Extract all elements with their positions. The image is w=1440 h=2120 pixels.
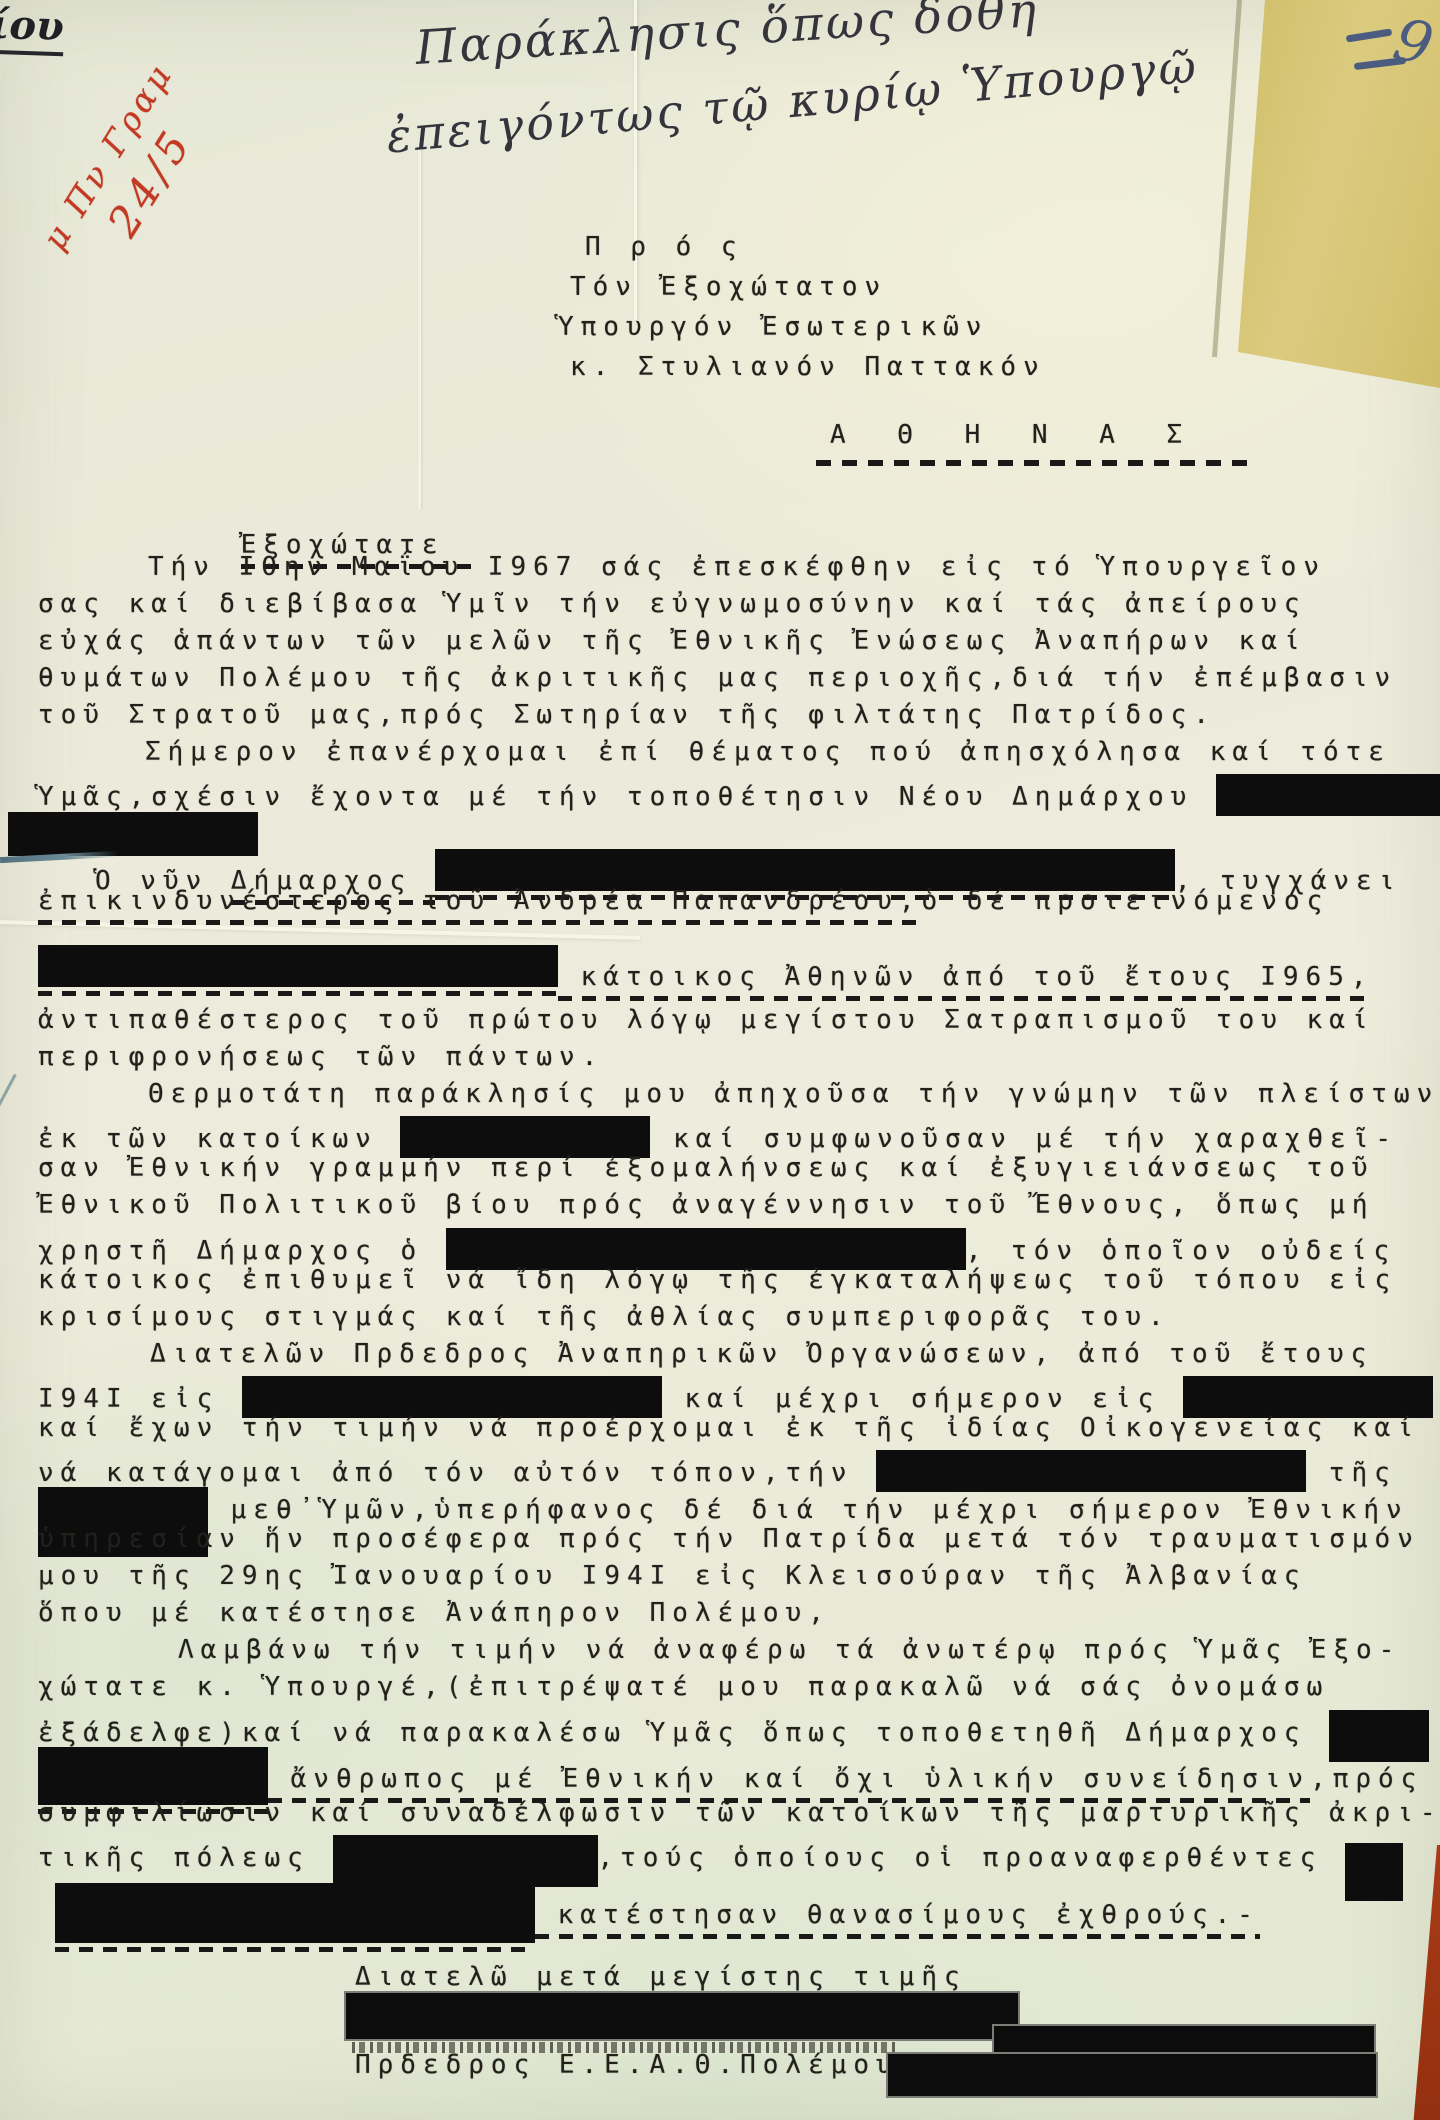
- typed-text: περιφρονήσεως τῶν πάντων.: [38, 1042, 604, 1072]
- typed-text: Ι94Ι εἰς: [38, 1384, 242, 1414]
- typed-line: σας καί διεβίβασα Ὑμῖν τήν εὐγνωμοσύνην …: [38, 589, 1307, 620]
- typed-line: Ι94Ι εἰς καί μέχρι σήμερον εἰς: [38, 1376, 1433, 1418]
- partially-covered-signature-text: [352, 2042, 897, 2053]
- typed-line: κρισίμους στιγμάς καί τῆς ἀθλίας συμπερι…: [38, 1302, 1171, 1333]
- typed-line: καί ἔχων τήν τιμήν νά προέρχομαι ἐκ τῆς …: [38, 1413, 1420, 1444]
- typed-text: τῆς: [1306, 1458, 1397, 1488]
- signature-redaction-box: [886, 2052, 1378, 2098]
- typed-text: κρισίμους στιγμάς καί τῆς ἀθλίας συμπερι…: [38, 1302, 1171, 1332]
- blue-pencil-tick: [0, 1074, 17, 1112]
- yellow-note-edge-shadow: [1212, 0, 1242, 357]
- typed-text: χρηστῆ Δήμαρχος ὁ: [38, 1236, 446, 1266]
- typed-line: συμφιλίωσιν καί συναδέλφωσιν τῶν κατοίκω…: [38, 1798, 1440, 1829]
- typed-line: ὑπηρεσίαν ἥν προσέφερα πρός τήν Πατρίδα …: [38, 1524, 1420, 1555]
- typed-text: χώτατε κ. Ὑπουργέ,(ἐπιτρέψατέ μου παρακα…: [38, 1672, 1329, 1702]
- redaction-bar: [1183, 1376, 1433, 1418]
- typed-line: Τήν Ι0ην Μαΐου Ι967 σάς ἐπεσκέφθην εἰς τ…: [148, 552, 1326, 583]
- typed-text: συμφιλίωσιν καί συναδέλφωσιν τῶν κατοίκω…: [38, 1798, 1440, 1828]
- typed-text: Διατελῶν Πρδεδρος Ἀναπηρικῶν Ὀργανώσεων,…: [150, 1339, 1373, 1369]
- typed-line: Ὑμᾶς,σχέσιν ἔχοντα μέ τήν τοποθέτησιν Νέ…: [38, 774, 1440, 816]
- city-line: Α Θ Η Ν Α Σ: [830, 420, 1200, 450]
- redaction-bar: [242, 1376, 662, 1418]
- typed-text: Τήν Ι0ην Μαΐου Ι967 σάς ἐπεσκέφθην εἰς τ…: [148, 552, 1326, 582]
- typed-text: σαν Ἐθνικήν γραμμήν περί ἐξομαλήνσεως κα…: [38, 1153, 1375, 1183]
- typed-line: ὅπου μέ κατέστησε Ἀνάπηρον Πολέμου,: [38, 1598, 831, 1629]
- typed-line: περιφρονήσεως τῶν πάντων.: [38, 1042, 604, 1073]
- typed-text: καί συμφωνοῦσαν μέ τήν χαραχθεῖ-: [650, 1124, 1398, 1154]
- typed-line: κατέστησαν θανασίμους ἐχθρούς.-: [55, 1883, 1260, 1952]
- typed-text: ὅπου μέ κατέστησε Ἀνάπηρον Πολέμου,: [38, 1598, 831, 1628]
- redaction-bar: [55, 1883, 535, 1952]
- typed-text: καί ἔχων τήν τιμήν νά προέρχομαι ἐκ τῆς …: [38, 1413, 1420, 1443]
- paper-crease-address: [418, 140, 421, 510]
- typed-text: Ὑμᾶς,σχέσιν ἔχοντα μέ τήν τοποθέτησιν Νέ…: [38, 782, 1216, 812]
- typed-line: τοῦ Στρατοῦ μας,πρός Σωτηρίαν τῆς φιλτάτ…: [38, 700, 1216, 731]
- redaction-bar: [38, 945, 558, 996]
- typed-text: Ἐθνικοῦ Πολιτικοῦ βίου πρός ἀναγέννησιν …: [38, 1190, 1375, 1220]
- typed-text: ,πρός: [1310, 1764, 1423, 1794]
- typed-line: ἐπικινδυνέστερος τοῦ Ἀνδρέα Παπανδρέου,ὁ…: [38, 886, 1329, 917]
- typed-line: κάτοικος Ἀθηνῶν ἀπό τοῦ ἔτους Ι965,: [38, 945, 1374, 996]
- typed-line: εὐχάς ἁπάντων τῶν μελῶν τῆς Ἐθνικῆς Ἐνώσ…: [38, 626, 1307, 657]
- typed-line: κάτοικος ἐπιθυμεῖ νά ἴδη λόγῳ τῆς ἐγκατα…: [38, 1265, 1397, 1296]
- typed-text: μου τῆς 29ης Ἰανουαρίου Ι94Ι εἰς Κλεισού…: [38, 1561, 1307, 1591]
- typed-text: καί μέχρι σήμερον εἰς: [662, 1384, 1183, 1414]
- closing-line1: Διατελῶ μετά μεγίστης τιμῆς: [355, 1962, 967, 1992]
- typed-line: Ἐθνικοῦ Πολιτικοῦ βίου πρός ἀναγέννησιν …: [38, 1190, 1375, 1221]
- typed-text: μεθ᾽Ὑμῶν,ὑπερήφανος δέ διά τήν μέχρι σήμ…: [208, 1495, 1409, 1525]
- typed-line: ἐκ τῶν κατοίκων καί συμφωνοῦσαν μέ τήν χ…: [38, 1116, 1398, 1158]
- typed-text: κάτοικος ἐπιθυμεῖ νά ἴδη λόγῳ τῆς ἐγκατα…: [38, 1265, 1397, 1295]
- handwritten-corner-fragment: ἴου: [0, 1, 65, 57]
- typed-line: νά κατάγομαι ἀπό τόν αὐτόν τόπον,τήν τῆς: [38, 1450, 1397, 1492]
- typed-line: ἀντιπαθέστερος τοῦ πρώτου λόγῳ μεγίστου …: [38, 1005, 1375, 1036]
- redaction-bar: [1345, 1843, 1403, 1901]
- typed-text: Σήμερον ἐπανέρχομαι ἐπί θέματος πού ἀπησ…: [145, 737, 1391, 767]
- scanned-letter-page: ἴου μ Πν Γραμ 24/5 Παράκλησις ὅπως δοθῆ …: [0, 0, 1440, 2120]
- redaction-bar: [876, 1450, 1306, 1492]
- closing-line2: Πρδεδρος Ε.Ε.Α.Θ.Πολέμου: [355, 2050, 899, 2080]
- address-line-pros: Π ρ ό ς: [585, 232, 744, 262]
- address-line-recipient: Τόν Ἐξοχώτατον: [570, 272, 887, 302]
- signature-redaction-box: [344, 1991, 1020, 2041]
- redaction-bar: [1216, 774, 1440, 816]
- typed-text: θυμάτων Πολέμου τῆς ἀκριτικῆς μας περιοχ…: [38, 663, 1397, 693]
- typed-line: θυμάτων Πολέμου τῆς ἀκριτικῆς μας περιοχ…: [38, 663, 1397, 694]
- typed-line: Σήμερον ἐπανέρχομαι ἐπί θέματος πού ἀπησ…: [145, 737, 1391, 768]
- typed-line: χώτατε κ. Ὑπουργέ,(ἐπιτρέψατέ μου παρακα…: [38, 1672, 1329, 1703]
- typed-text: κάτοικος Ἀθηνῶν ἀπό τοῦ ἔτους Ι965,: [558, 962, 1374, 1001]
- typed-text: σας καί διεβίβασα Ὑμῖν τήν εὐγνωμοσύνην …: [38, 589, 1307, 619]
- typed-text: κατέστησαν θανασίμους ἐχθρούς.-: [535, 1900, 1260, 1939]
- typed-text: , τόν ὁποῖον οὐδείς: [966, 1236, 1396, 1266]
- typed-text: ἐπικινδυνέστερος τοῦ Ἀνδρέα Παπανδρέου,: [38, 886, 921, 925]
- redaction-bar: [400, 1116, 650, 1158]
- typed-text: τικῆς πόλεως: [38, 1843, 333, 1873]
- typed-line: Διατελῶν Πρδεδρος Ἀναπηρικῶν Ὀργανώσεων,…: [150, 1339, 1373, 1370]
- typed-text: ἀντιπαθέστερος τοῦ πρώτου λόγῳ μεγίστου …: [38, 1005, 1375, 1035]
- city-underline-dashes: [816, 460, 1256, 466]
- typed-text: ὁ δέ προτεινόμενος: [921, 886, 1329, 916]
- address-line-ministry: Ὑπουργόν Ἐσωτερικῶν: [558, 312, 988, 342]
- red-pen-annotation: μ Πν Γραμ 24/5: [35, 0, 406, 368]
- redaction-bar: [333, 1835, 598, 1887]
- typed-text: ὑπηρεσίαν ἥν προσέφερα πρός τήν Πατρίδα …: [38, 1524, 1420, 1554]
- typed-line: Θερμοτάτη παράκλησίς μου ἀπηχοῦσα τήν γν…: [148, 1079, 1439, 1110]
- typed-text: τοῦ Στρατοῦ μας,πρός Σωτηρίαν τῆς φιλτάτ…: [38, 700, 1216, 730]
- typed-text: Λαμβάνω τήν τιμήν νά ἀναφέρω τά ἀνωτέρῳ …: [178, 1635, 1401, 1665]
- address-line-name: κ. Στυλιανόν Παττακόν: [570, 352, 1046, 382]
- typed-line: μου τῆς 29ης Ἰανουαρίου Ι94Ι εἰς Κλεισού…: [38, 1561, 1307, 1592]
- typed-line: Λαμβάνω τήν τιμήν νά ἀναφέρω τά ἀνωτέρῳ …: [178, 1635, 1401, 1666]
- typed-line: σαν Ἐθνικήν γραμμήν περί ἐξομαλήνσεως κα…: [38, 1153, 1375, 1184]
- desk-edge-strip: [1410, 1845, 1440, 2120]
- typed-text: ἐκ τῶν κατοίκων: [38, 1124, 400, 1154]
- redaction-bar: [446, 1228, 966, 1270]
- typed-text: Θερμοτάτη παράκλησίς μου ἀπηχοῦσα τήν γν…: [148, 1079, 1439, 1109]
- typed-text: εὐχάς ἁπάντων τῶν μελῶν τῆς Ἐθνικῆς Ἐνώσ…: [38, 626, 1307, 656]
- typed-text: νά κατάγομαι ἀπό τόν αὐτόν τόπον,τήν: [38, 1458, 876, 1488]
- typed-text: ,τούς ὁποίους οἱ προαναφερθέντες: [598, 1843, 1346, 1873]
- typed-text: ἐξάδελφε)καί νά παρακαλέσω Ὑμᾶς ὅπως τοπ…: [38, 1718, 1329, 1748]
- typed-line: χρηστῆ Δήμαρχος ὁ , τόν ὁποῖον οὐδείς: [38, 1228, 1396, 1270]
